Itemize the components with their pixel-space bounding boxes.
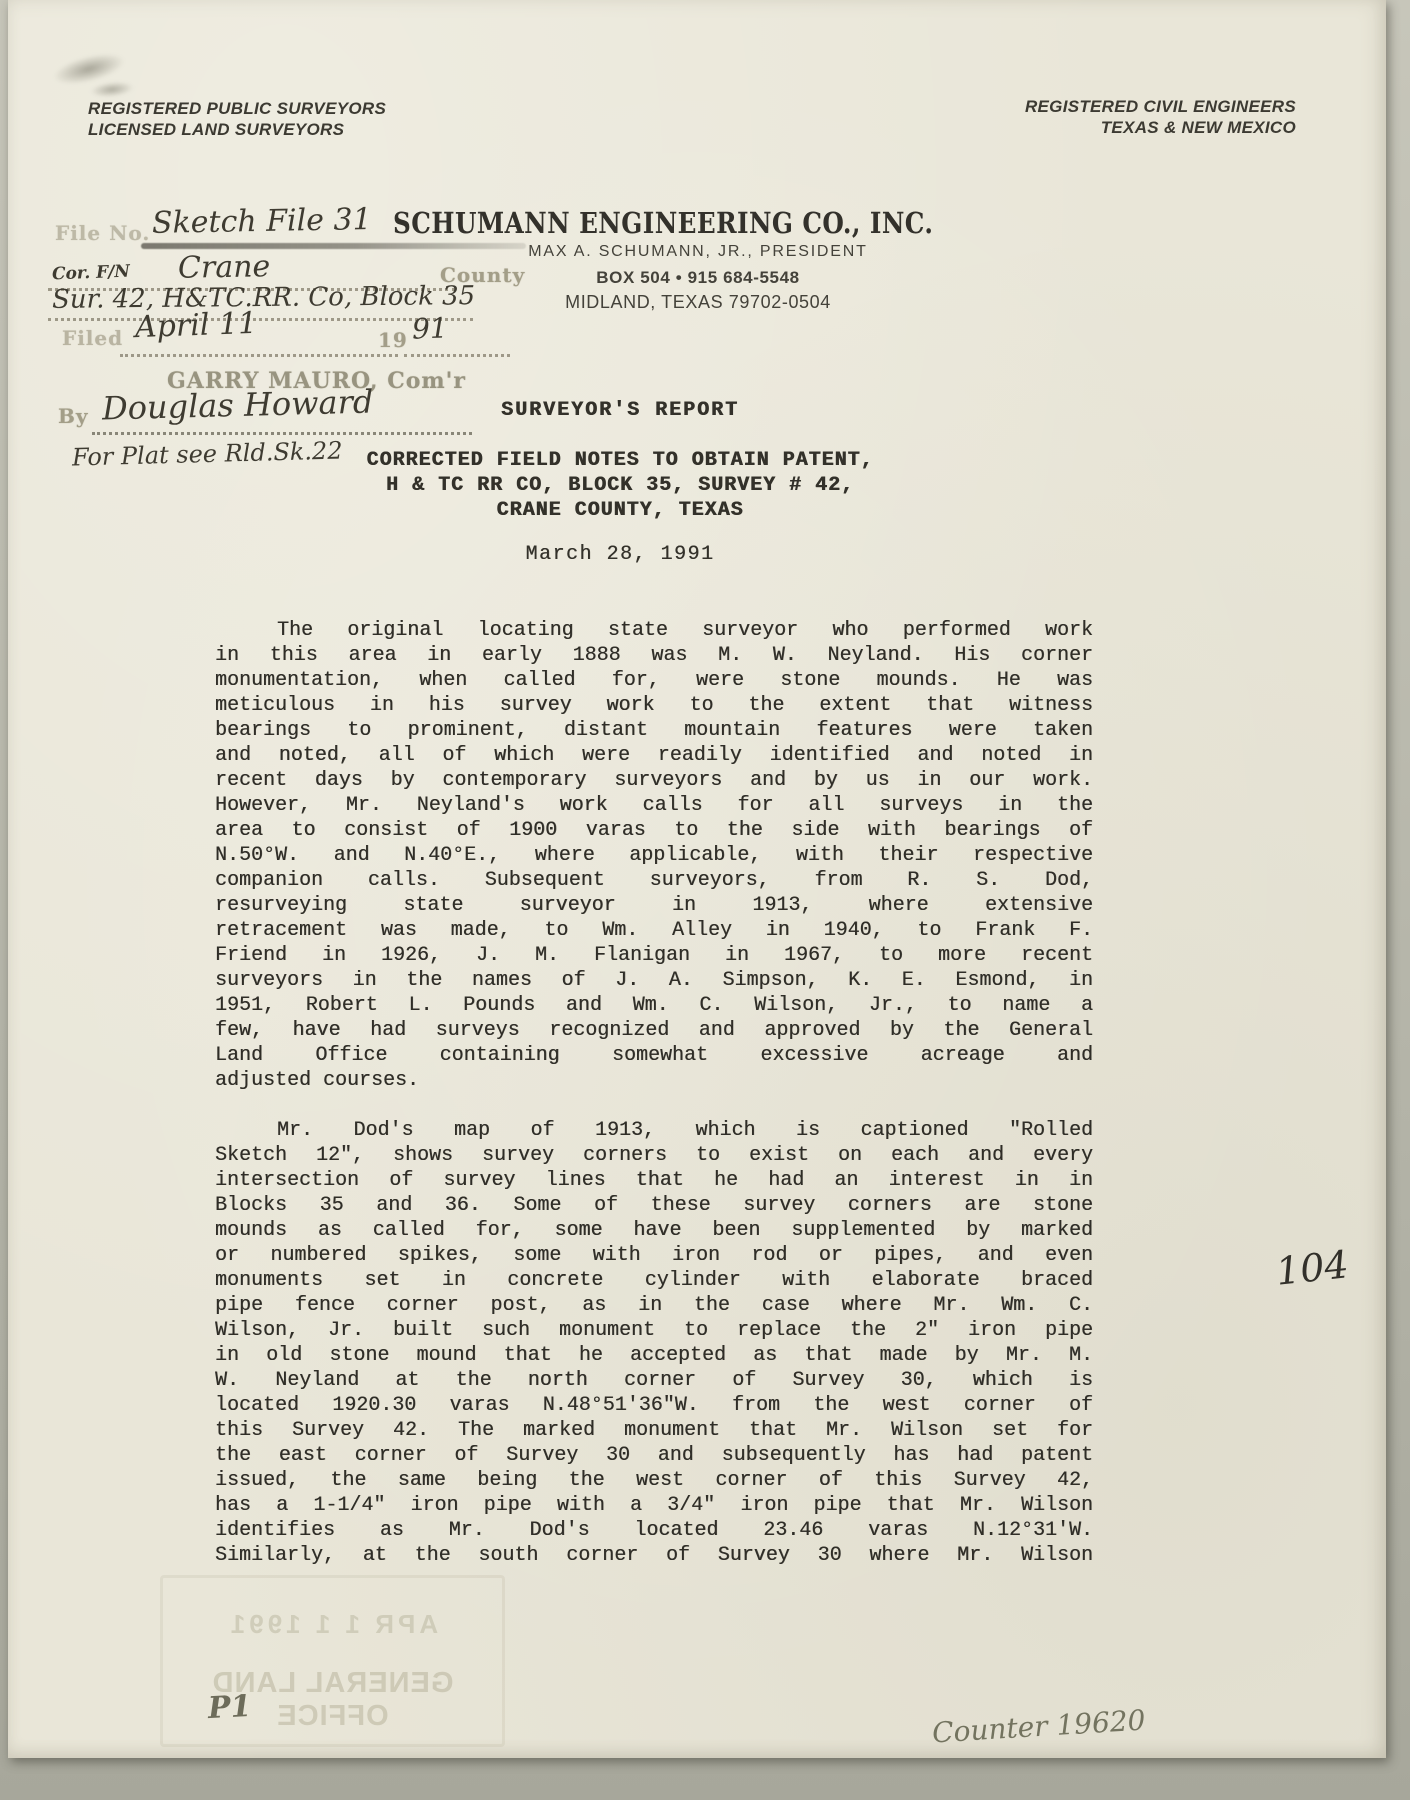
text-line: Wilson, Jr. built such monument to repla… (215, 1318, 1093, 1343)
file-no-underline-smear (141, 243, 526, 249)
text-line: Land Office containing somewhat excessiv… (215, 1043, 1093, 1068)
address-line-2: MIDLAND, TEXAS 79702-0504 (498, 292, 898, 313)
text-line: in this area in early 1888 was M. W. Ney… (215, 643, 1093, 668)
text-line: and noted, all of which were readily ide… (215, 743, 1093, 768)
text-line: meticulous in his survey work to the ext… (215, 693, 1093, 718)
text-line: intersection of survey lines that he had… (215, 1168, 1093, 1193)
text-line: or numbered spikes, some with iron rod o… (215, 1243, 1093, 1268)
body-paragraph-2: Mr. Dod's map of 1913, which is captione… (215, 1118, 1093, 1568)
filed-underline (120, 354, 398, 357)
text-line: surveyors in the names of J. A. Simpson,… (215, 968, 1093, 993)
stamp-date: APR 1 1 1991 (160, 1609, 505, 1640)
year-underline (404, 354, 510, 357)
text-line: pipe fence corner post, as in the case w… (215, 1293, 1093, 1318)
letterhead-right-line1: REGISTERED CIVIL ENGINEERS (1000, 96, 1296, 117)
address-line-1: BOX 504 • 915 684-5548 (498, 268, 898, 288)
text-line: this Survey 42. The marked monument that… (215, 1418, 1093, 1443)
text-line: identifies as Mr. Dod's located 23.46 va… (215, 1518, 1093, 1543)
text-line: Sketch 12", shows survey corners to exis… (215, 1143, 1093, 1168)
document-scan: REGISTERED PUBLIC SURVEYORS LICENSED LAN… (0, 0, 1410, 1800)
text-line: has a 1-1/4" iron pipe with a 3/4" iron … (215, 1493, 1093, 1518)
year-value: 91 (411, 311, 448, 345)
file-no-value: Sketch File 31 (152, 202, 372, 241)
text-line: in old stone mound that he accepted as t… (215, 1343, 1093, 1368)
filed-value: April 11 (134, 306, 257, 345)
report-subtitle: CORRECTED FIELD NOTES TO OBTAIN PATENT,H… (220, 448, 1020, 523)
president-line: MAX A. SCHUMANN, JR., PRESIDENT (498, 243, 898, 261)
text-line: CRANE COUNTY, TEXAS (220, 498, 1020, 523)
text-line: However, Mr. Neyland's work calls for al… (215, 793, 1093, 818)
text-line: 1951, Robert L. Pounds and Wm. C. Wilson… (215, 993, 1093, 1018)
text-line: Mr. Dod's map of 1913, which is captione… (215, 1118, 1093, 1143)
text-line: adjusted courses. (215, 1068, 1093, 1093)
text-line: few, have had surveys recognized and app… (215, 1018, 1093, 1043)
letterhead-right: REGISTERED CIVIL ENGINEERS TEXAS & NEW M… (1000, 96, 1296, 138)
text-line: Blocks 35 and 36. Some of these survey c… (215, 1193, 1093, 1218)
by-underline (92, 432, 472, 435)
text-line: the east corner of Survey 30 and subsequ… (215, 1443, 1093, 1468)
text-line: monuments set in concrete cylinder with … (215, 1268, 1093, 1293)
text-line: Friend in 1926, J. M. Flanigan in 1967, … (215, 943, 1093, 968)
page-number-annotation: 104 (1274, 1242, 1351, 1293)
text-line: CORRECTED FIELD NOTES TO OBTAIN PATENT, (220, 448, 1020, 473)
cor-fn-value: Crane (178, 249, 271, 286)
pencil-mark: P1 (207, 1689, 252, 1726)
file-no-label: File No. (55, 221, 150, 245)
letterhead-left-line1: REGISTERED PUBLIC SURVEYORS (88, 98, 386, 119)
text-line: The original locating state surveyor who… (215, 618, 1093, 643)
by-label: By (58, 404, 89, 428)
filed-label: Filed (62, 326, 123, 350)
body-paragraph-1: The original locating state surveyor who… (215, 618, 1093, 1093)
letterhead-left-line2: LICENSED LAND SURVEYORS (88, 119, 386, 140)
report-date: March 28, 1991 (220, 543, 1020, 566)
text-line: issued, the same being the west corner o… (215, 1468, 1093, 1493)
letterhead-right-line2: TEXAS & NEW MEXICO (1000, 117, 1296, 138)
text-line: retracement was made, to Wm. Alley in 19… (215, 918, 1093, 943)
letterhead-left: REGISTERED PUBLIC SURVEYORS LICENSED LAN… (88, 98, 386, 140)
text-line: N.50°W. and N.40°E., where applicable, w… (215, 843, 1093, 868)
text-line: companion calls. Subsequent surveyors, f… (215, 868, 1093, 893)
company-name: SCHUMANN ENGINEERING CO., INC. (393, 206, 933, 240)
text-line: resurveying state surveyor in 1913, wher… (215, 893, 1093, 918)
survey-line-value: Sur. 42, H&TC.RR. Co, Block 35 (52, 281, 475, 315)
text-line: mounds as called for, some have been sup… (215, 1218, 1093, 1243)
text-line: recent days by contemporary surveyors an… (215, 768, 1093, 793)
text-line: area to consist of 1900 varas to the sid… (215, 818, 1093, 843)
text-line: W. Neyland at the north corner of Survey… (215, 1368, 1093, 1393)
text-line: bearings to prominent, distant mountain … (215, 718, 1093, 743)
text-line: located 1920.30 varas N.48°51'36"W. from… (215, 1393, 1093, 1418)
report-title: SURVEYOR'S REPORT (220, 399, 1020, 422)
text-line: monumentation, when called for, were sto… (215, 668, 1093, 693)
year-prefix: 19 (378, 328, 408, 352)
survey-underline (48, 318, 473, 321)
cor-fn-label: Cor. F/N (52, 262, 131, 285)
text-line: Similarly, at the south corner of Survey… (215, 1543, 1093, 1568)
text-line: H & TC RR CO, BLOCK 35, SURVEY # 42, (220, 473, 1020, 498)
